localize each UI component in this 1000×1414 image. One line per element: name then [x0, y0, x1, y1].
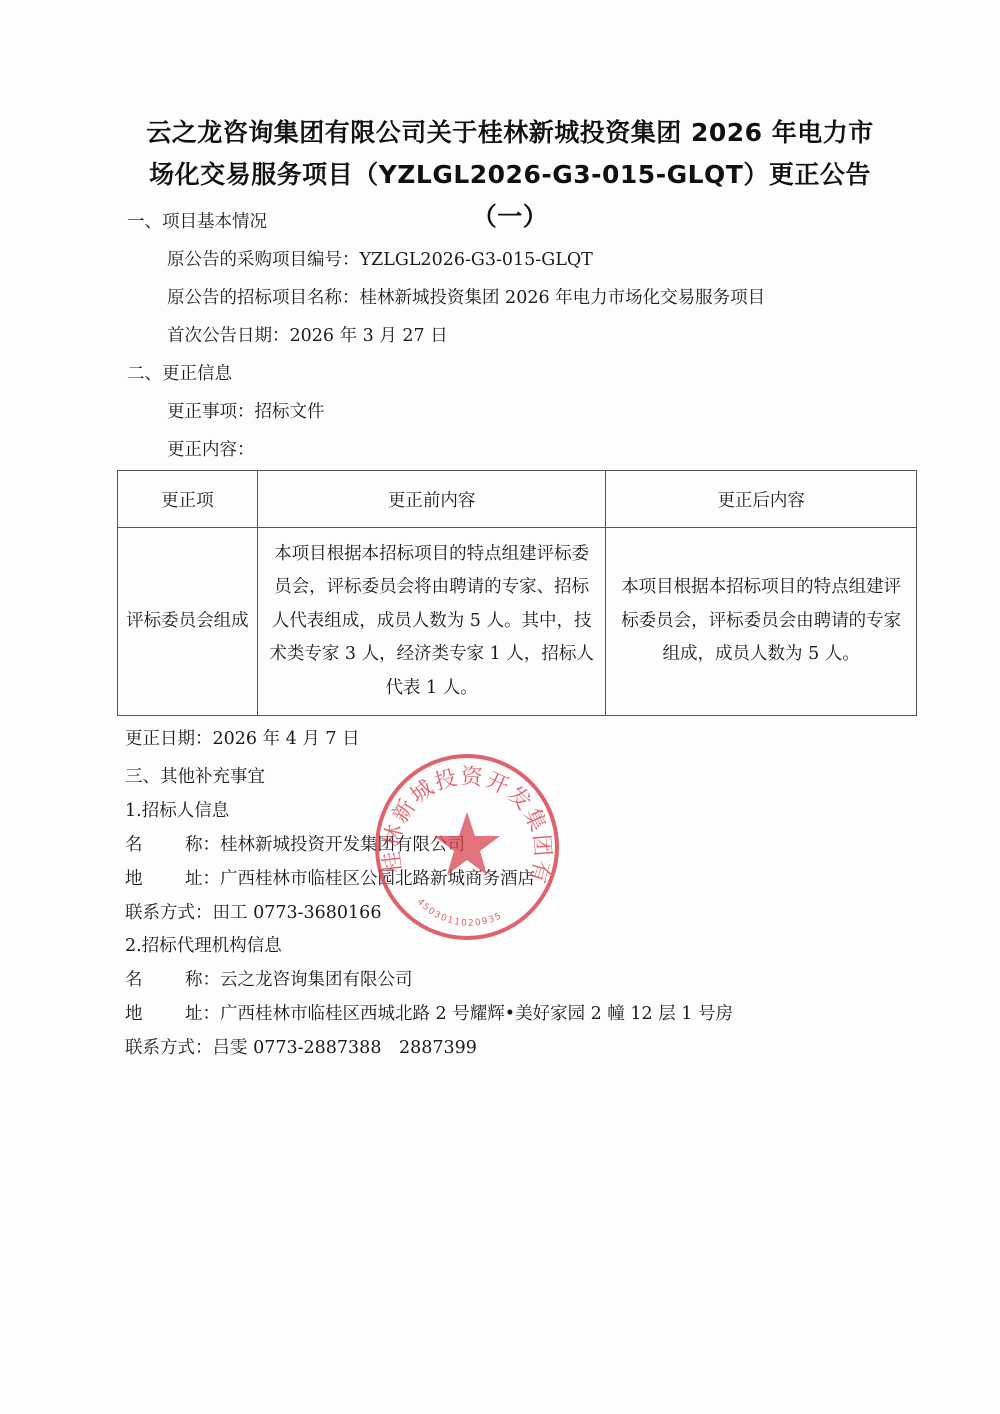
tenderer-contact-label: 联系方式： [125, 903, 213, 923]
agency-contact-label: 联系方式： [125, 1038, 213, 1058]
first-date-label: 首次公告日期： [167, 326, 290, 346]
agency-name-value: 云之龙咨询集团有限公司 [220, 970, 413, 990]
tenderer-name-line: 名称：桂林新城投资开发集团有限公司 [125, 833, 465, 857]
table-header-row: 更正项 更正前内容 更正后内容 [118, 471, 917, 528]
cell-after: 本项目根据本招标项目的特点组建评标委员会，评标委员会由聘请的专家组成，成员人数为… [606, 528, 917, 716]
correction-date-value: 2026 年 4 月 7 日 [213, 729, 360, 749]
tenderer-name-label-b: 称： [185, 833, 220, 857]
section-2-heading: 二、更正信息 [127, 362, 232, 386]
correction-date-label: 更正日期： [125, 729, 213, 749]
header-before: 更正前内容 [257, 471, 606, 528]
agency-heading: 2.招标代理机构信息 [125, 934, 282, 958]
document-page: 云之龙咨询集团有限公司关于桂林新城投资集团 2026 年电力市 场化交易服务项目… [0, 0, 1000, 1414]
agency-name-line: 名称：云之龙咨询集团有限公司 [125, 968, 413, 992]
project-number-value: YZLGL2026-G3-015-GLQT [360, 250, 593, 270]
correction-item-line: 更正事项：招标文件 [167, 400, 325, 424]
seal-code: 4503011020935 [415, 897, 505, 929]
header-after: 更正后内容 [606, 471, 917, 528]
table-row: 评标委员会组成 本项目根据本招标项目的特点组建评标委员会，评标委员会将由聘请的专… [118, 528, 917, 716]
title-line-1: 云之龙咨询集团有限公司关于桂林新城投资集团 2026 年电力市 [130, 112, 890, 154]
svg-text:4503011020935: 4503011020935 [415, 897, 505, 929]
tenderer-address-line: 地址：广西桂林市临桂区公园北路新城商务酒店 [125, 867, 535, 891]
correction-date-line: 更正日期：2026 年 4 月 7 日 [125, 727, 360, 751]
correction-table: 更正项 更正前内容 更正后内容 评标委员会组成 本项目根据本招标项目的特点组建评… [117, 470, 917, 716]
first-date-value: 2026 年 3 月 27 日 [290, 326, 448, 346]
section-1-heading: 一、项目基本情况 [127, 210, 267, 234]
correction-item-value: 招标文件 [255, 402, 325, 422]
tenderer-name-label-a: 名 [125, 833, 185, 857]
section-3-heading: 三、其他补充事宜 [125, 765, 265, 789]
correction-content-label: 更正内容： [167, 438, 255, 462]
cell-item: 评标委员会组成 [118, 528, 258, 716]
correction-item-label: 更正事项： [167, 402, 255, 422]
agency-address-value: 广西桂林市临桂区西城北路 2 号耀辉•美好家园 2 幢 12 层 1 号房 [220, 1004, 733, 1024]
tenderer-name-value: 桂林新城投资开发集团有限公司 [220, 835, 465, 855]
project-name-value: 桂林新城投资集团 2026 年电力市场化交易服务项目 [360, 288, 766, 308]
agency-contact-value: 吕雯 0773-2887388 2887399 [213, 1038, 477, 1058]
tenderer-contact-line: 联系方式：田工 0773-3680166 [125, 901, 381, 925]
agency-address-label-b: 址： [185, 1002, 220, 1026]
tenderer-address-label-a: 地 [125, 867, 185, 891]
project-number-label: 原公告的采购项目编号： [167, 250, 360, 270]
project-name-label: 原公告的招标项目名称： [167, 288, 360, 308]
agency-contact-line: 联系方式：吕雯 0773-2887388 2887399 [125, 1036, 477, 1060]
tenderer-heading: 1.招标人信息 [125, 799, 229, 823]
header-item: 更正项 [118, 471, 258, 528]
tenderer-address-label-b: 址： [185, 867, 220, 891]
tenderer-address-value: 广西桂林市临桂区公园北路新城商务酒店 [220, 869, 535, 889]
project-number-line: 原公告的采购项目编号：YZLGL2026-G3-015-GLQT [167, 248, 593, 272]
tenderer-contact-value: 田工 0773-3680166 [213, 903, 382, 923]
project-name-line: 原公告的招标项目名称：桂林新城投资集团 2026 年电力市场化交易服务项目 [167, 286, 765, 310]
agency-address-line: 地址：广西桂林市临桂区西城北路 2 号耀辉•美好家园 2 幢 12 层 1 号房 [125, 1002, 733, 1026]
agency-name-label-b: 称： [185, 968, 220, 992]
cell-before: 本项目根据本招标项目的特点组建评标委员会，评标委员会将由聘请的专家、招标人代表组… [257, 528, 606, 716]
agency-name-label-a: 名 [125, 968, 185, 992]
first-date-line: 首次公告日期：2026 年 3 月 27 日 [167, 324, 448, 348]
agency-address-label-a: 地 [125, 1002, 185, 1026]
